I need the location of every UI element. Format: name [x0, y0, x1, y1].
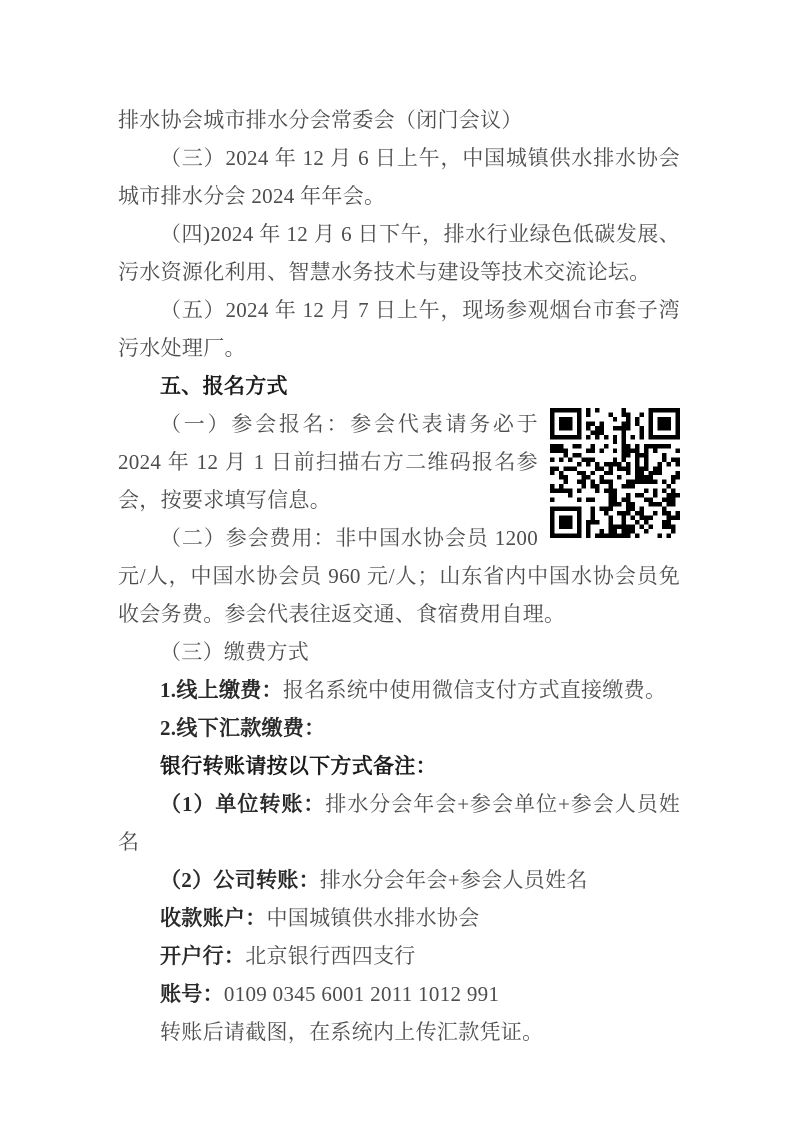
paragraph: （四)2024 年 12 月 6 日下午，排水行业绿色低碳发展、污水资源化利用、…	[118, 215, 680, 291]
paragraph-lead: 2.线下汇款缴费：	[160, 716, 325, 740]
paragraph-lead: （2）公司转账：	[160, 868, 320, 892]
paragraph: （三）2024 年 12 月 6 日上午，中国城镇供水排水协会城市排水分会 20…	[118, 139, 680, 215]
paragraph-lead: 1.线上缴费：	[160, 678, 283, 702]
paragraph-lead: 收款账户：	[160, 906, 267, 930]
paragraph-lead: （1）单位转账：	[160, 792, 325, 816]
paragraph: 转账后请截图，在系统内上传汇款凭证。	[118, 1013, 680, 1051]
paragraph: （2）公司转账：排水分会年会+参会人员姓名	[118, 861, 680, 899]
paragraph: 1.线上缴费：报名系统中使用微信支付方式直接缴费。	[118, 671, 680, 709]
document-body: 排水协会城市排水分会常委会（闭门会议）（三）2024 年 12 月 6 日上午，…	[118, 101, 680, 1051]
paragraph: 收款账户：中国城镇供水排水协会	[118, 899, 680, 937]
paragraph-lead: 账号：	[160, 982, 224, 1006]
section-heading: 五、报名方式	[118, 367, 680, 405]
paragraph: 2.线下汇款缴费：	[118, 709, 680, 747]
paragraph: 排水协会城市排水分会常委会（闭门会议）	[118, 101, 680, 139]
paragraph: （三）缴费方式	[118, 633, 680, 671]
registration-qr-code	[550, 408, 680, 538]
qr-code-image	[550, 408, 680, 538]
paragraph: 开户行：北京银行西四支行	[118, 937, 680, 975]
paragraph-lead: 开户行：	[160, 944, 245, 968]
section-heading: 银行转账请按以下方式备注：	[118, 747, 680, 785]
paragraph: 账号：0109 0345 6001 2011 1012 991	[118, 975, 680, 1013]
document-page: 排水协会城市排水分会常委会（闭门会议）（三）2024 年 12 月 6 日上午，…	[0, 0, 800, 1131]
paragraph: （1）单位转账：排水分会年会+参会单位+参会人员姓名	[118, 785, 680, 861]
paragraph: （五）2024 年 12 月 7 日上午，现场参观烟台市套子湾污水处理厂。	[118, 291, 680, 367]
paragraph: （一）参会报名：参会代表请务必于 2024 年 12 月 1 日前扫描右方二维码…	[118, 405, 680, 519]
paragraph-list: 排水协会城市排水分会常委会（闭门会议）（三）2024 年 12 月 6 日上午，…	[118, 101, 680, 1051]
